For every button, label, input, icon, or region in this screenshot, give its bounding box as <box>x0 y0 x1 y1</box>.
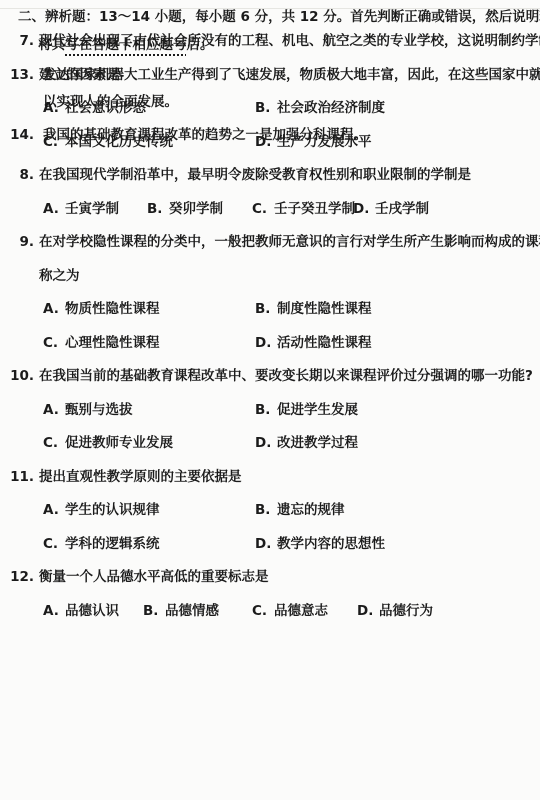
option-text: 心理性隐性课程 <box>65 327 160 361</box>
option-letter: B. <box>255 293 277 327</box>
question-text: 提出直观性教学原则的主要依据是 <box>39 461 540 495</box>
question-number: 9. <box>0 226 34 260</box>
question-text: 在我国当前的基础教育课程改革中、要改变长期以来课程评价过分强调的哪一功能? <box>39 360 540 394</box>
option-c: C. 学科的逻辑系统 <box>43 528 255 562</box>
option-d: D. 活动性隐性课程 <box>255 327 372 361</box>
option-letter: A. <box>43 595 65 629</box>
option-b: B. 癸卯学制 <box>147 193 252 227</box>
option-text: 品德认识 <box>65 595 119 629</box>
option-letter: B. <box>143 595 165 629</box>
section-heading-line-2: 将其写在答题卡相应题号后。 <box>38 31 540 59</box>
options-row: C. 心理性隐性课程 D. 活动性隐性课程 <box>39 327 540 361</box>
option-a: A. 物质性隐性课程 <box>43 293 255 327</box>
option-a: A. 甄别与选拔 <box>43 394 255 428</box>
question-14: 14. 我国的基础教育课程改革的趋势之一是加强分科课程。 <box>0 122 540 149</box>
option-letter: A. <box>43 193 65 227</box>
option-letter: D. <box>255 528 277 562</box>
question-text: 在对学校隐性课程的分类中，一般把教师无意识的言行对学生所产生影响而构成的课程 <box>39 226 540 260</box>
option-letter: A. <box>43 293 65 327</box>
exam-page: 7. 现代社会出现了古代社会所没有的工程、机电、航空之类的专业学校，这说明制约学… <box>0 0 540 800</box>
option-letter: C. <box>43 327 65 361</box>
option-d: D. 改进教学过程 <box>255 427 358 461</box>
option-text: 品德情感 <box>165 595 219 629</box>
option-text: 品德意志 <box>274 595 328 629</box>
option-d: D. 品德行为 <box>357 595 433 629</box>
option-letter: A. <box>43 494 65 528</box>
option-text: 遗忘的规律 <box>277 494 345 528</box>
option-letter: B. <box>147 193 169 227</box>
option-text: 壬子癸丑学制 <box>274 193 355 227</box>
heading-text: 将其 <box>38 37 65 53</box>
question-number: 14. <box>0 122 34 149</box>
option-d: D. 教学内容的思想性 <box>255 528 385 562</box>
option-b: B. 促进学生发展 <box>255 394 358 428</box>
option-a: A. 壬寅学制 <box>43 193 147 227</box>
options-row: A. 品德认识 B. 品德情感 C. 品德意志 D. 品德行为 <box>39 595 540 629</box>
option-letter: C. <box>43 528 65 562</box>
question-text: 我国的基础教育课程改革的趋势之一是加强分科课程。 <box>43 122 540 149</box>
options-row: A. 甄别与选拔 B. 促进学生发展 <box>39 394 540 428</box>
question-13: 13. 发达国家机器大工业生产得到了飞速发展，物质极大地丰富，因此，在这些国家中… <box>0 62 540 116</box>
option-a: A. 品德认识 <box>43 595 143 629</box>
question-8: 8. 在我国现代学制沿革中，最早明令废除受教育权性别和职业限制的学制是 A. 壬… <box>0 159 540 226</box>
emphasized-text: 写在答题卡相应题号 <box>65 37 187 53</box>
options-row: A. 学生的认识规律 B. 遗忘的规律 <box>39 494 540 528</box>
section-heading-line-1: 二、辨析题：13～14 小题，每小题 6 分，共 12 分。首先判断正确或错误，… <box>18 3 540 31</box>
options-row: A. 物质性隐性课程 B. 制度性隐性课程 <box>39 293 540 327</box>
question-text: 在我国现代学制沿革中，最早明令废除受教育权性别和职业限制的学制是 <box>39 159 540 193</box>
option-text: 壬戌学制 <box>375 193 429 227</box>
options-row: C. 学科的逻辑系统 D. 教学内容的思想性 <box>39 528 540 562</box>
question-9: 9. 在对学校隐性课程的分类中，一般把教师无意识的言行对学生所产生影响而构成的课… <box>0 226 540 360</box>
question-12: 12. 衡量一个人品德水平高低的重要标志是 A. 品德认识 B. 品德情感 C.… <box>0 561 540 628</box>
question-number: 11. <box>0 461 34 495</box>
option-letter: D. <box>255 427 277 461</box>
question-number: 13. <box>0 62 34 89</box>
option-b: B. 遗忘的规律 <box>255 494 345 528</box>
option-text: 品德行为 <box>379 595 433 629</box>
option-letter: C. <box>252 595 274 629</box>
option-letter: B. <box>255 494 277 528</box>
option-c: C. 壬子癸丑学制 <box>252 193 353 227</box>
option-text: 制度性隐性课程 <box>277 293 372 327</box>
question-11: 11. 提出直观性教学原则的主要依据是 A. 学生的认识规律 B. 遗忘的规律 … <box>0 461 540 562</box>
question-text: 以实现人的全面发展。 <box>43 89 540 116</box>
option-text: 学生的认识规律 <box>65 494 160 528</box>
option-text: 教学内容的思想性 <box>277 528 385 562</box>
option-text: 壬寅学制 <box>65 193 119 227</box>
options-row: A. 壬寅学制 B. 癸卯学制 C. 壬子癸丑学制 D. 壬戌学制 <box>39 193 540 227</box>
section-2-heading: 二、辨析题：13～14 小题，每小题 6 分，共 12 分。首先判断正确或错误，… <box>0 3 540 59</box>
question-number: 12. <box>0 561 34 595</box>
option-text: 促进教师专业发展 <box>65 427 173 461</box>
question-text: 衡量一个人品德水平高低的重要标志是 <box>39 561 540 595</box>
option-c: C. 促进教师专业发展 <box>43 427 255 461</box>
option-a: A. 学生的认识规律 <box>43 494 255 528</box>
question-text: 称之为 <box>39 260 540 294</box>
option-text: 促进学生发展 <box>277 394 358 428</box>
option-letter: B. <box>255 394 277 428</box>
option-text: 物质性隐性课程 <box>65 293 160 327</box>
option-letter: C. <box>43 427 65 461</box>
question-number: 8. <box>0 159 34 193</box>
option-letter: A. <box>43 394 65 428</box>
option-letter: D. <box>255 327 277 361</box>
option-text: 活动性隐性课程 <box>277 327 372 361</box>
option-b: B. 制度性隐性课程 <box>255 293 372 327</box>
option-text: 癸卯学制 <box>169 193 223 227</box>
heading-text: 后。 <box>187 37 214 53</box>
question-text: 发达国家机器大工业生产得到了飞速发展，物质极大地丰富，因此，在这些国家中就可 <box>43 62 540 89</box>
option-letter: D. <box>353 193 375 227</box>
option-d: D. 壬戌学制 <box>353 193 429 227</box>
option-letter: D. <box>357 595 379 629</box>
option-c: C. 心理性隐性课程 <box>43 327 255 361</box>
question-number: 10. <box>0 360 34 394</box>
options-row: C. 促进教师专业发展 D. 改进教学过程 <box>39 427 540 461</box>
option-text: 学科的逻辑系统 <box>65 528 160 562</box>
option-b: B. 品德情感 <box>143 595 252 629</box>
option-text: 甄别与选拔 <box>65 394 133 428</box>
question-10: 10. 在我国当前的基础教育课程改革中、要改变长期以来课程评价过分强调的哪一功能… <box>0 360 540 461</box>
option-text: 改进教学过程 <box>277 427 358 461</box>
option-letter: C. <box>252 193 274 227</box>
option-c: C. 品德意志 <box>252 595 357 629</box>
